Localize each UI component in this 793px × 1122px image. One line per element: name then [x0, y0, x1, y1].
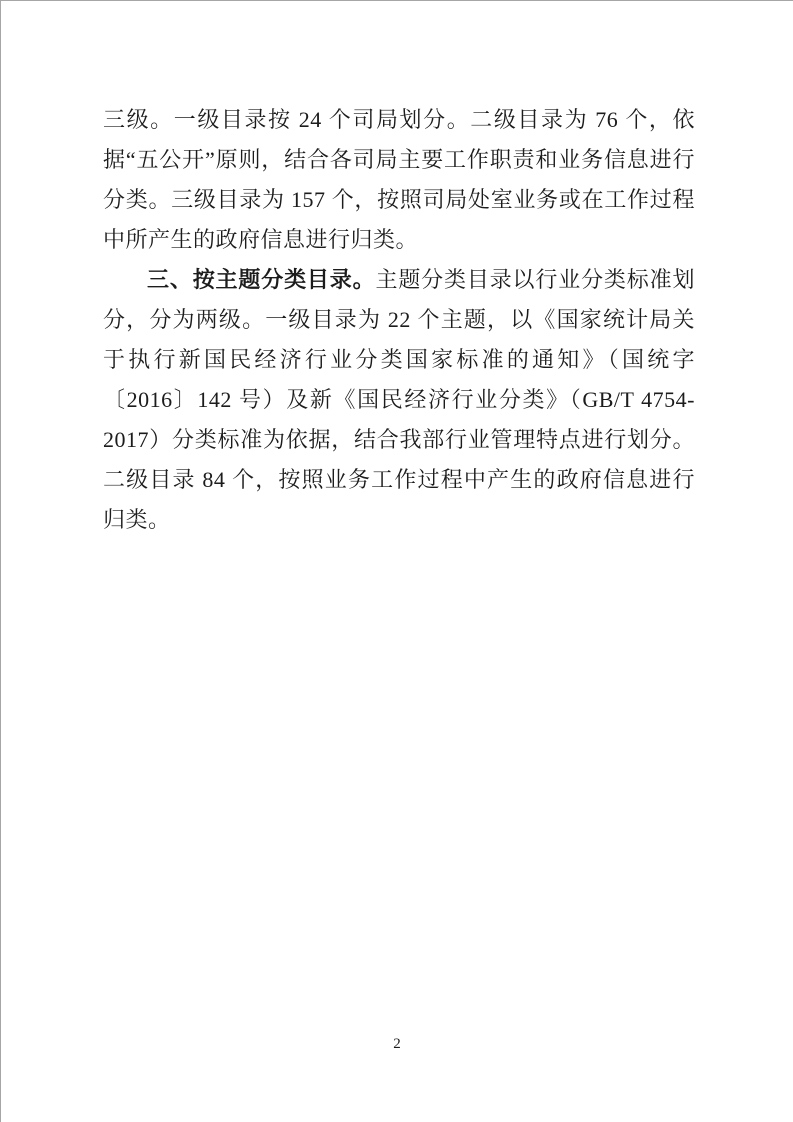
document-body: 三级。一级目录按 24 个司局划分。二级目录为 76 个，依据“五公开”原则，结… [103, 100, 695, 540]
section-heading: 三、按主题分类目录。 [147, 267, 375, 292]
paragraph-text: 主题分类目录以行业分类标准划分，分为两级。一级目录为 22 个主题，以《国家统计… [103, 267, 695, 532]
document-page: 三级。一级目录按 24 个司局划分。二级目录为 76 个，依据“五公开”原则，结… [0, 0, 793, 1122]
page-number: 2 [1, 1034, 793, 1054]
paragraph-text: 三级。一级目录按 24 个司局划分。二级目录为 76 个，依据“五公开”原则，结… [103, 107, 695, 252]
paragraph-section-three: 三、按主题分类目录。主题分类目录以行业分类标准划分，分为两级。一级目录为 22 … [103, 260, 695, 540]
paragraph-continuation: 三级。一级目录按 24 个司局划分。二级目录为 76 个，依据“五公开”原则，结… [103, 100, 695, 260]
